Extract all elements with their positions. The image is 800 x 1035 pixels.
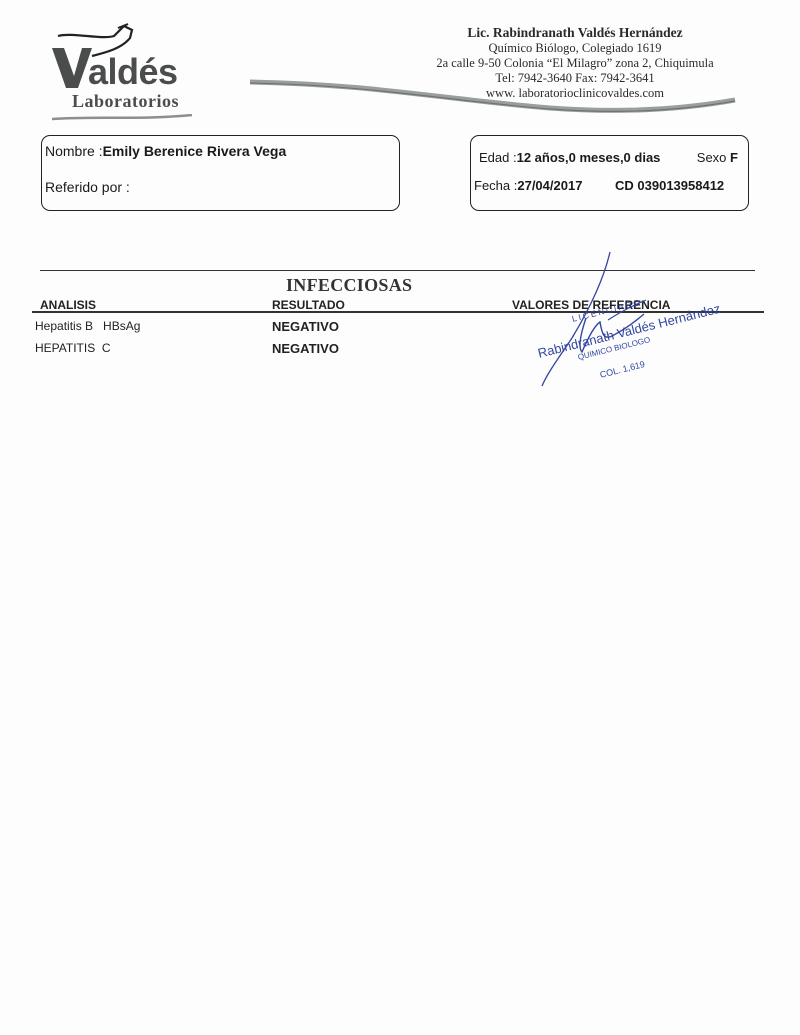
patient-name-field: Nombre :Emily Berenice Rivera Vega [45,143,286,159]
lab-logo: aldés Laboratorios [52,22,202,112]
signature-stamp: LICENCIADO Rabindranath Valdés Hernández… [520,248,750,408]
patient-name: Emily Berenice Rivera Vega [103,143,287,159]
patient-info-box: Nombre :Emily Berenice Rivera Vega Refer… [41,135,400,211]
column-header-analisis: ANALISIS [40,298,96,312]
lab-director-name: Lic. Rabindranath Valdés Hernández [410,24,740,41]
cd-field: CD 039013958412 [615,178,724,193]
lab-director-title: Químico Biólogo, Colegiado 1619 [410,41,740,56]
patient-name-label: Nombre : [45,143,103,159]
logo-subtitle: Laboratorios [72,92,179,110]
column-header-resultado: RESULTADO [272,298,345,312]
analysis-name: Hepatitis B HBsAg [35,319,140,333]
result-row: Hepatitis B HBsAg NEGATIVO [35,319,535,337]
analysis-result: NEGATIVO [272,319,339,334]
date-field: Fecha :27/04/2017 [474,178,582,193]
result-row: HEPATITIS C NEGATIVO [35,341,535,359]
logo-brand: aldés [88,54,178,90]
patient-details-box: Edad :12 años,0 meses,0 dias Sexo F Fech… [470,135,749,211]
logo-underline [52,114,192,122]
date-label: Fecha : [474,178,517,193]
age-field: Edad :12 años,0 meses,0 dias [479,150,660,165]
cd-label: CD [615,178,634,193]
sex-value: F [730,150,738,165]
referred-by-field: Referido por : [45,179,130,195]
age-value: 12 años,0 meses,0 dias [517,150,661,165]
cd-value: 039013958412 [637,178,724,193]
logo-letter-v [52,40,92,90]
analysis-result: NEGATIVO [272,341,339,356]
referred-by-label: Referido por : [45,179,130,195]
analysis-name: HEPATITIS C [35,341,111,355]
date-value: 27/04/2017 [517,178,582,193]
lab-address: 2a calle 9-50 Colonia “El Milagro” zona … [410,56,740,71]
age-label: Edad : [479,150,517,165]
sex-label: Sexo [697,150,727,165]
section-title: INFECCIOSAS [286,275,412,296]
sex-field: Sexo F [697,150,738,165]
header-swoosh [250,70,740,120]
